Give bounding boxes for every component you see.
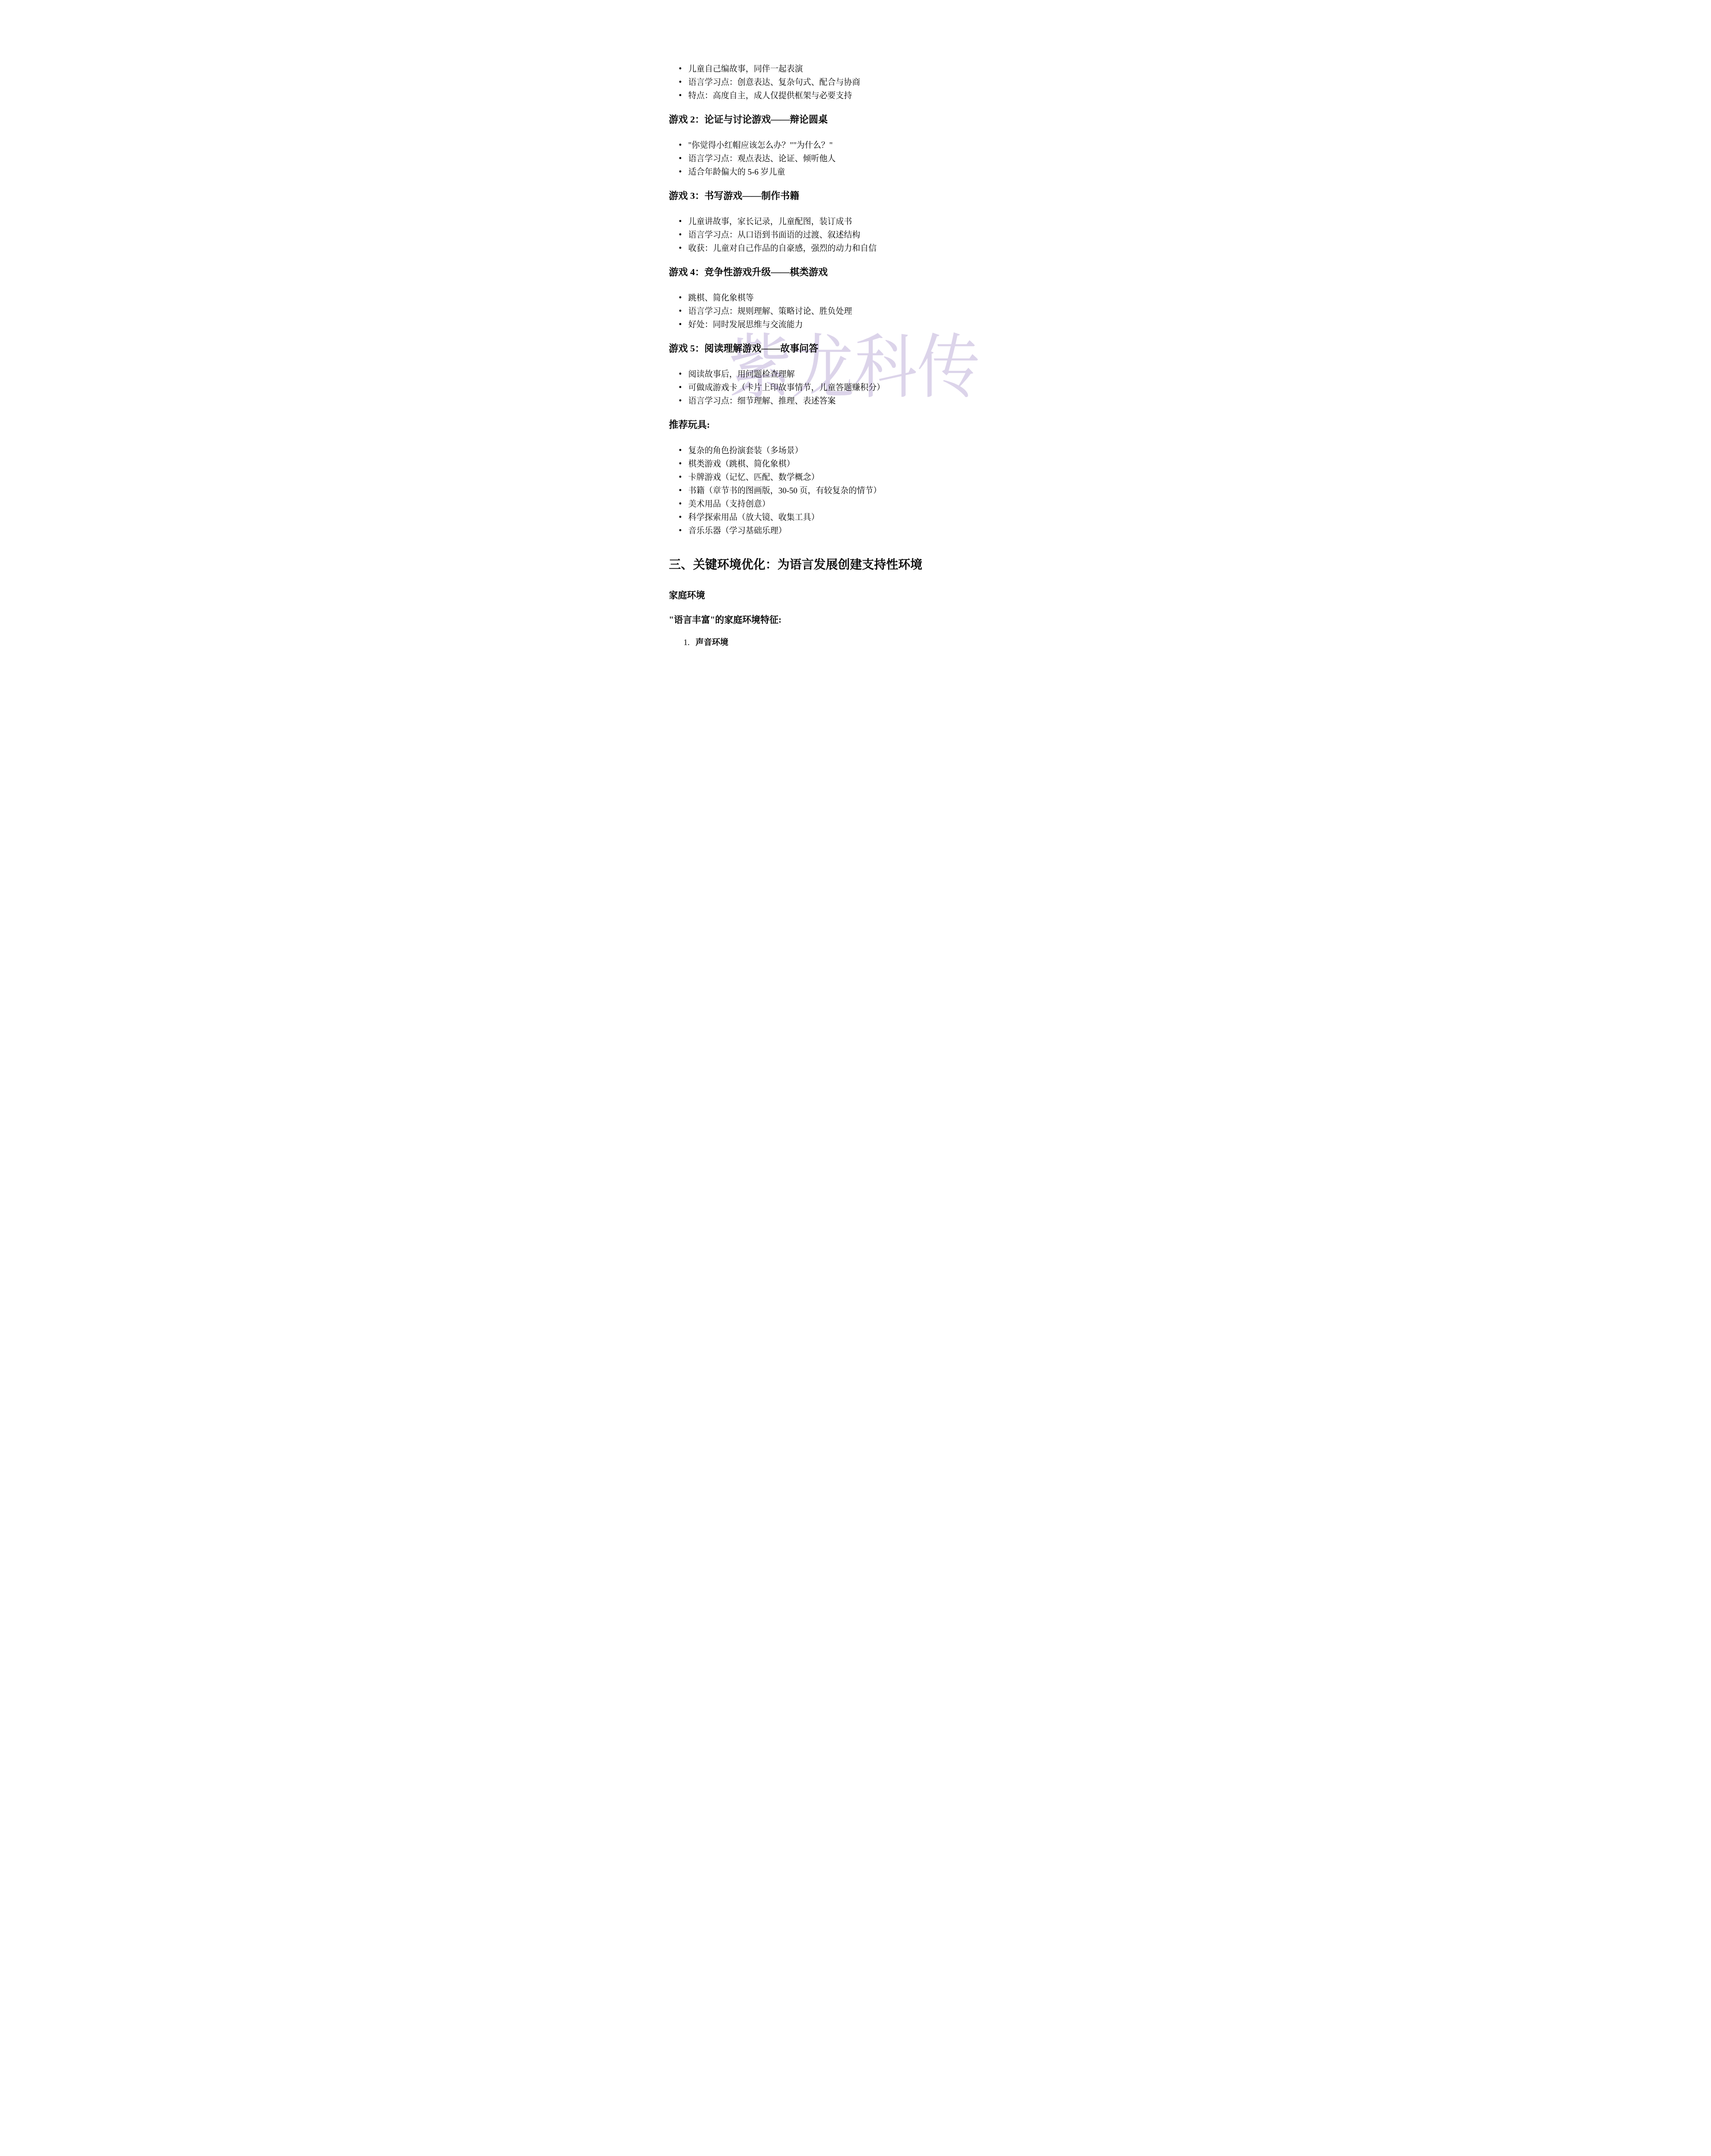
list-item: 跳棋、简化象棋等 <box>679 293 1065 304</box>
heading-game2: 游戏 2：论证与讨论游戏——辩论圆桌 <box>669 113 1065 126</box>
list-item: 语言学习点：观点表达、论证、倾听他人 <box>679 154 1065 165</box>
list-item: 语言学习点：从口语到书面语的过渡、叙述结构 <box>679 230 1065 241</box>
bullet-list-game3: 儿童讲故事，家长记录，儿童配图，装订成书 语言学习点：从口语到书面语的过渡、叙述… <box>669 216 1065 254</box>
heading-section3: 三、关键环境优化：为语言发展创建支持性环境 <box>669 558 1065 573</box>
list-item: 儿童自己编故事，同伴一起表演 <box>679 64 1065 75</box>
numbered-item-number: 1. <box>684 637 696 649</box>
list-item: 适合年龄偏大的 5-6 岁儿童 <box>679 167 1065 178</box>
list-item: 复杂的角色扮演套装（多场景） <box>679 445 1065 457</box>
heading-game4: 游戏 4：竞争性游戏升级——棋类游戏 <box>669 266 1065 279</box>
bullet-list-game1: 儿童自己编故事，同伴一起表演 语言学习点：创意表达、复杂句式、配合与协商 特点：… <box>669 64 1065 102</box>
bullet-list-game4: 跳棋、简化象棋等 语言学习点：规则理解、策略讨论、胜负处理 好处：同时发展思维与… <box>669 293 1065 331</box>
list-item: 收获：儿童对自己作品的自豪感，强烈的动力和自信 <box>679 243 1065 254</box>
list-item: 语言学习点：细节理解、推理、表述答案 <box>679 396 1065 407</box>
list-item: 棋类游戏（跳棋、简化象棋） <box>679 459 1065 470</box>
list-item: 特点：高度自主，成人仅提供框架与必要支持 <box>679 91 1065 102</box>
heading-home-environment: 家庭环境 <box>669 589 1065 602</box>
heading-language-rich-features: "语言丰富"的家庭环境特征: <box>669 613 1065 626</box>
list-item: "你觉得小红帽应该怎么办？""为什么？" <box>679 140 1065 151</box>
bullet-list-toys: 复杂的角色扮演套装（多场景） 棋类游戏（跳棋、简化象棋） 卡牌游戏（记忆、匹配、… <box>669 445 1065 537</box>
heading-game3: 游戏 3：书写游戏——制作书籍 <box>669 189 1065 202</box>
list-item: 美术用品（支持创意） <box>679 499 1065 510</box>
list-item: 儿童讲故事，家长记录，儿童配图，装订成书 <box>679 216 1065 228</box>
bullet-list-game5: 阅读故事后，用问题检查理解 可做成游戏卡（卡片上印故事情节，儿童答题赚积分） 语… <box>669 369 1065 407</box>
list-item: 好处：同时发展思维与交流能力 <box>679 320 1065 331</box>
list-item: 阅读故事后，用问题检查理解 <box>679 369 1065 380</box>
list-item: 科学探索用品（放大镜、收集工具） <box>679 512 1065 523</box>
document-page: 紫龙科传 儿童自己编故事，同伴一起表演 语言学习点：创意表达、复杂句式、配合与协… <box>599 0 1112 726</box>
bullet-list-game2: "你觉得小红帽应该怎么办？""为什么？" 语言学习点：观点表达、论证、倾听他人 … <box>669 140 1065 178</box>
list-item: 语言学习点：规则理解、策略讨论、胜负处理 <box>679 306 1065 317</box>
list-item: 卡牌游戏（记忆、匹配、数学概念） <box>679 472 1065 483</box>
numbered-item-sound-environment: 1.声音环境 <box>669 637 1065 649</box>
document-content: 儿童自己编故事，同伴一起表演 语言学习点：创意表达、复杂句式、配合与协商 特点：… <box>669 64 1065 649</box>
list-item: 语言学习点：创意表达、复杂句式、配合与协商 <box>679 77 1065 88</box>
numbered-item-label: 声音环境 <box>696 638 729 647</box>
list-item: 书籍（章节书的图画版，30-50 页，有较复杂的情节） <box>679 486 1065 497</box>
heading-recommended-toys: 推荐玩具: <box>669 418 1065 431</box>
list-item: 可做成游戏卡（卡片上印故事情节，儿童答题赚积分） <box>679 382 1065 394</box>
list-item: 音乐乐器（学习基础乐理） <box>679 526 1065 537</box>
heading-game5: 游戏 5：阅读理解游戏——故事问答 <box>669 342 1065 355</box>
